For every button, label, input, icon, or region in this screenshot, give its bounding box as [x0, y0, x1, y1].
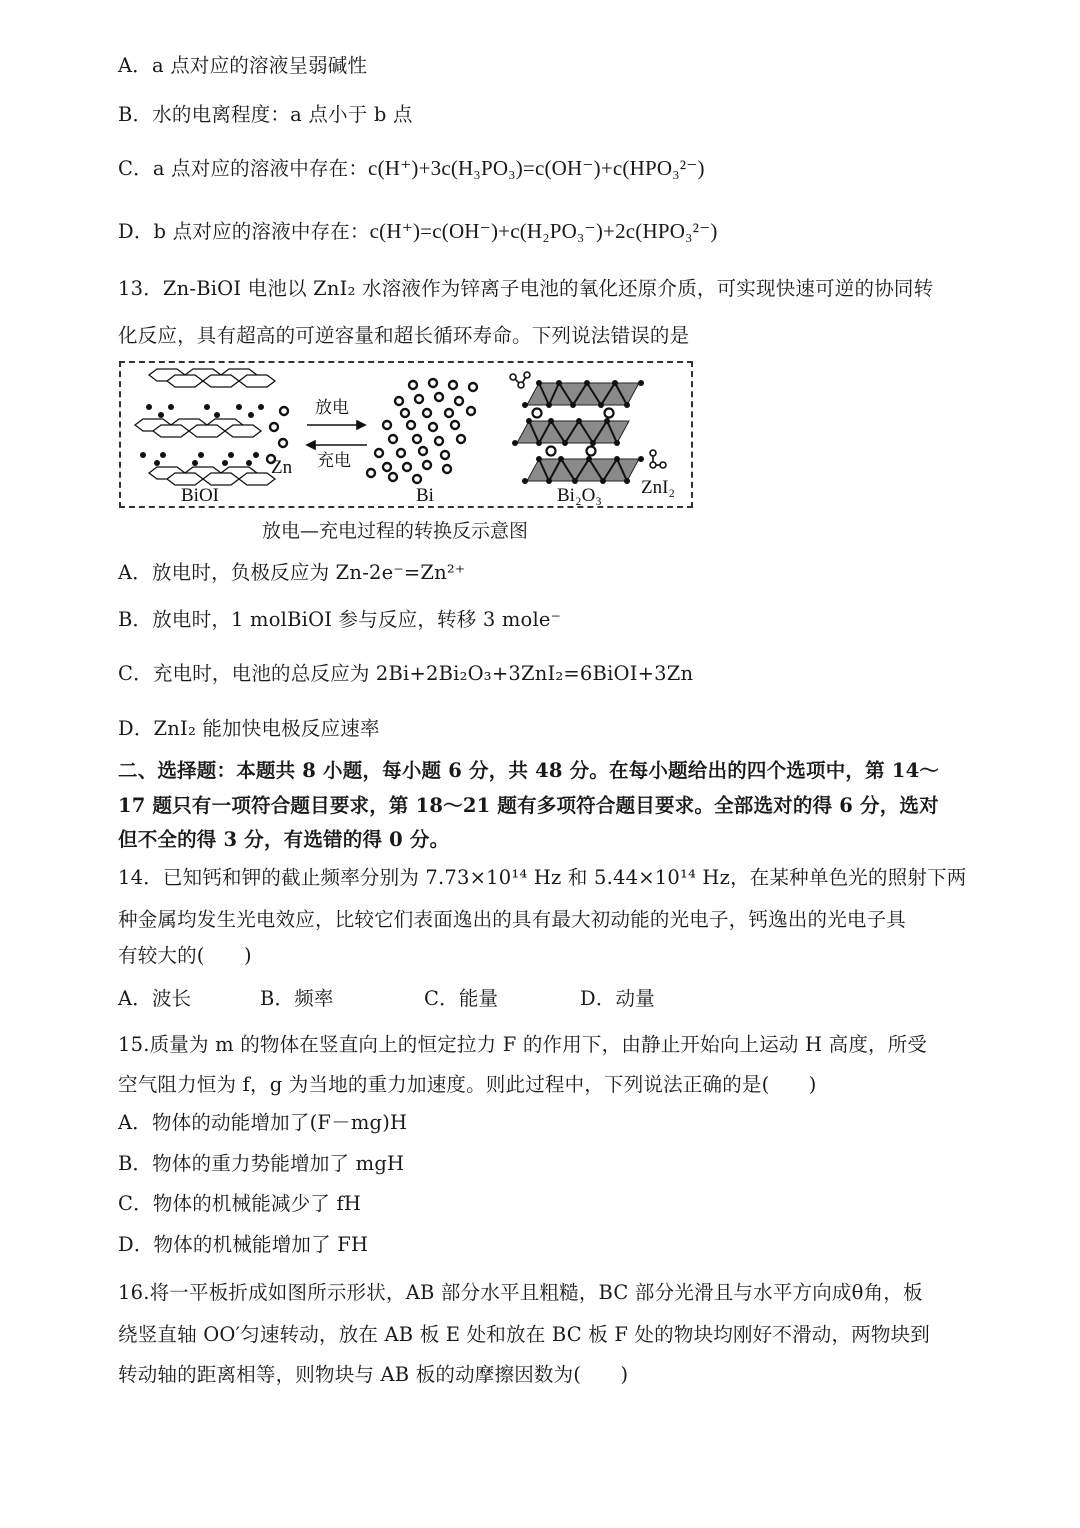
q14-stem-line1: 14．已知钙和钾的截止频率分别为 7.73×10¹⁴ Hz 和 5.44×10¹… [118, 862, 966, 890]
q14-stem-line3: 有较大的( ) [118, 940, 252, 968]
q14-option-c: C．能量 [424, 983, 580, 1011]
q12-option-b: B．水的电离程度：a 点小于 b 点 [118, 99, 413, 127]
q13-option-d: D．ZnI₂ 能加快电极反应速率 [118, 713, 380, 741]
charge-label: 充电 [317, 451, 351, 471]
figure-caption: 放电—充电过程的转换反示意图 [262, 516, 528, 543]
battery-conversion-diagram: Zn 放电 充电 Bi BiOI [119, 361, 693, 508]
bi2o3-label: Bi₂O₃ [557, 485, 602, 506]
q13-stem-line1: 13．Zn-BiOI 电池以 ZnI₂ 水溶液作为锌离子电池的氧化还原介质，可实… [118, 273, 933, 301]
reaction-arrows-icon [307, 421, 367, 449]
zn-atoms-icon [267, 407, 288, 463]
q12-option-c-label: C．a 点对应的溶液中存在： [118, 157, 368, 180]
q13-option-c: C．充电时，电池的总反应为 2Bi+2Bi₂O₃+3ZnI₂=6BiOI+3Zn [118, 658, 693, 686]
q13-option-a: A．放电时，负极反应为 Zn-2e⁻=Zn²⁺ [118, 557, 465, 585]
q16-stem-line3: 转动轴的距离相等，则物块与 AB 板的动摩擦因数为( ) [118, 1359, 628, 1387]
bi-atoms-icon [367, 379, 477, 483]
znI2-label: ZnI₂ [641, 477, 675, 498]
q15-option-c: C．物体的机械能减少了 fH [118, 1188, 361, 1216]
q15-option-d: D．物体的机械能增加了 FH [118, 1229, 368, 1257]
section2-instructions-line2: 17 题只有一项符合题目要求，第 18～21 题有多项符合题目要求。全部选对的得… [118, 790, 939, 818]
q12-option-d: D．b 点对应的溶液中存在：c(H⁺)=c(OH⁻)+c(H₂PO₃⁻)+2c(… [118, 216, 718, 244]
q15-option-b: B．物体的重力势能增加了 mgH [118, 1148, 404, 1176]
q16-stem-line1: 16.将一平板折成如图所示形状，AB 部分水平且粗糙，BC 部分光滑且与水平方向… [118, 1277, 923, 1305]
q12-option-a: A．a 点对应的溶液呈弱碱性 [118, 50, 367, 78]
q14-option-b: B．频率 [260, 983, 424, 1011]
q14-option-a: A．波长 [118, 983, 260, 1011]
q12-option-d-label: D．b 点对应的溶液中存在： [118, 220, 370, 243]
q12-option-c-formula: c(H⁺)+3c(H₃PO₃)=c(OH⁻)+c(HPO₃²⁻) [368, 156, 705, 180]
diagram-svg: Zn 放电 充电 Bi BiOI [121, 363, 691, 506]
discharge-label: 放电 [315, 398, 349, 418]
q12-option-d-formula: c(H⁺)=c(OH⁻)+c(H₂PO₃⁻)+2c(HPO₃²⁻) [370, 219, 718, 243]
q15-stem-line1: 15.质量为 m 的物体在竖直向上的恒定拉力 F 的作用下，由静止开始向上运动 … [118, 1029, 927, 1057]
bi2o3-layer-structure-icon [512, 380, 644, 484]
zn-label: Zn [271, 457, 293, 478]
q12-option-c: C．a 点对应的溶液中存在：c(H⁺)+3c(H₃PO₃)=c(OH⁻)+c(H… [118, 153, 705, 181]
q15-option-a: A．物体的动能增加了(F－mg)H [118, 1107, 407, 1135]
q16-stem-line2: 绕竖直轴 OO′匀速转动，放在 AB 板 E 处和放在 BC 板 F 处的物块均… [118, 1319, 930, 1347]
section2-instructions-line3: 但不全的得 3 分，有选错的得 0 分。 [118, 824, 449, 852]
q14-options: A．波长B．频率C．能量D．动量 [118, 983, 655, 1011]
q13-stem-line2: 化反应，具有超高的可逆容量和超长循环寿命。下列说法错误的是 [118, 320, 689, 348]
q15-stem-line2: 空气阻力恒为 f，g 为当地的重力加速度。则此过程中，下列说法正确的是( ) [118, 1069, 817, 1097]
q14-option-d: D．动量 [580, 983, 655, 1011]
q13-option-b: B．放电时，1 molBiOI 参与反应，转移 3 mole⁻ [118, 604, 561, 632]
biOI-label: BiOI [181, 485, 219, 506]
bi-label: Bi [416, 485, 434, 506]
section2-instructions-line1: 二、选择题：本题共 8 小题，每小题 6 分，共 48 分。在每小题给出的四个选… [118, 755, 939, 783]
biOI-layer-structure-icon [135, 369, 275, 485]
q14-stem-line2: 种金属均发生光电效应，比较它们表面逸出的具有最大初动能的光电子，钙逸出的光电子具 [118, 904, 906, 932]
